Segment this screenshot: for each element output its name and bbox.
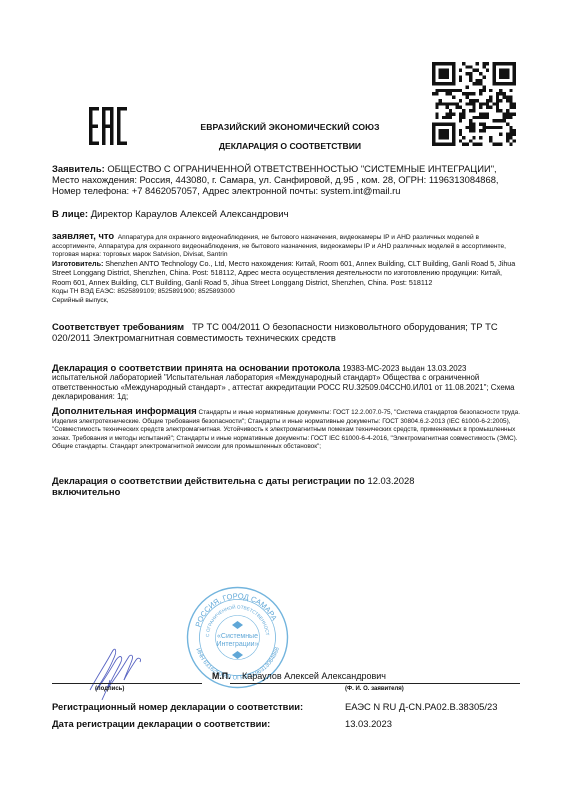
signature-line [52, 683, 202, 684]
name-line [230, 683, 520, 684]
signature-caption: (подпись) [95, 686, 124, 692]
qr-code-icon[interactable] [432, 62, 516, 146]
registration-date-value: 13.03.2023 [345, 718, 392, 729]
declares-label: заявляет, что [52, 230, 114, 241]
representative-text: Директор Караулов Алексей Александрович [91, 209, 289, 220]
declares-section: заявляет, что Аппаратура для охранного в… [52, 232, 522, 305]
registration-number-value: ЕАЭС N RU Д-CN.РА02.В.38305/23 [345, 701, 497, 712]
applicant-section: Заявитель: ОБЩЕСТВО С ОГРАНИЧЕННОЙ ОТВЕТ… [52, 163, 522, 196]
applicant-label: Заявитель: [52, 163, 105, 174]
applicant-text: ОБЩЕСТВО С ОГРАНИЧЕННОЙ ОТВЕТСТВЕННОСТЬЮ… [52, 163, 499, 196]
basis-section: Декларация о соответствии принята на осн… [52, 363, 522, 401]
declares-text: Аппаратура для охранного видеонаблюдения… [52, 234, 506, 258]
registration-number-row: Регистрационный номер декларации о соотв… [52, 701, 532, 712]
union-title: ЕВРАЗИЙСКИЙ ЭКОНОМИЧЕСКИЙ СОЮЗ [190, 122, 390, 132]
validity-date: 12.03.2028 [367, 475, 414, 486]
eac-logo-icon [88, 105, 128, 147]
requirements-label: Соответствует требованиям [52, 321, 184, 332]
mp-label: М.П. [212, 671, 231, 681]
stamp-center-1: «Системные [217, 633, 258, 640]
manufacturer-label: Изготовитель: [52, 259, 103, 268]
production-type: Серийный выпуск, [52, 297, 108, 304]
hs-codes: Коды ТН ВЭД ЕАЭС: 8525899109; 8525891900… [52, 288, 235, 295]
validity-section: Декларация о соответствии действительна … [52, 475, 472, 497]
requirements-section: Соответствует требованиям ТР ТС 004/2011… [52, 321, 522, 343]
representative-label: В лице: [52, 209, 88, 220]
registration-date-label: Дата регистрации декларации о соответств… [52, 718, 345, 729]
basis-label: Декларация о соответствии принята на осн… [52, 362, 340, 373]
document-title: ДЕКЛАРАЦИЯ О СООТВЕТСТВИИ [190, 141, 390, 151]
validity-suffix: включительно [52, 486, 120, 497]
name-caption: (Ф. И. О. заявителя) [345, 686, 404, 692]
manufacturer-text: Shenzhen ANTO Technology Co., Ltd, Место… [52, 259, 515, 287]
registration-number-label: Регистрационный номер декларации о соотв… [52, 701, 345, 712]
additional-info-section: Дополнительная информация Стандарты и ин… [52, 408, 522, 452]
representative-section: В лице: Директор Караулов Алексей Алекса… [52, 210, 522, 221]
additional-info-label: Дополнительная информация [52, 406, 197, 417]
registration-date-row: Дата регистрации декларации о соответств… [52, 718, 532, 729]
applicant-name: Караулов Алексей Александрович [242, 671, 386, 681]
stamp-center-2: Интеграции» [217, 641, 259, 648]
validity-label: Декларация о соответствии действительна … [52, 475, 365, 486]
